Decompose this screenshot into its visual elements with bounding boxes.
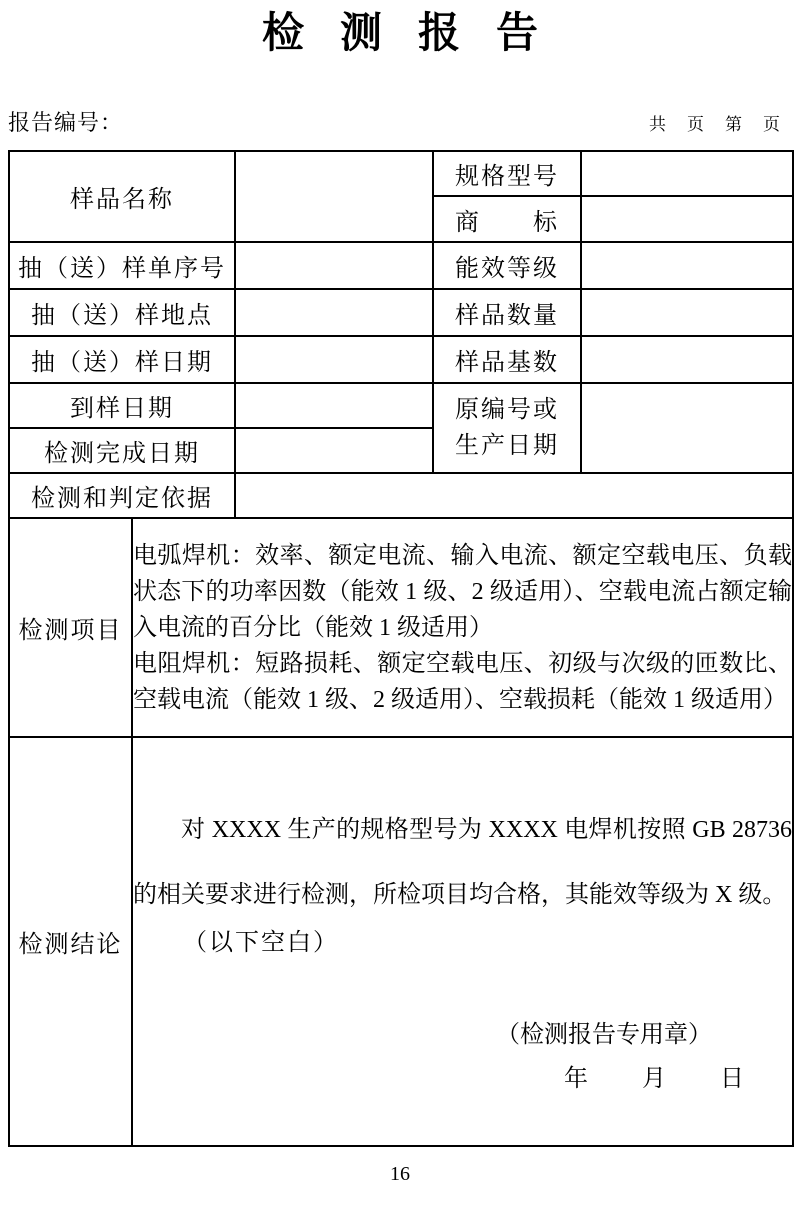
page-title: 检测报告	[8, 8, 792, 60]
arrival-date-label: 到样日期	[9, 383, 235, 428]
test-complete-date-value-cell	[235, 428, 433, 473]
table-row: 样品名称 规格型号	[9, 151, 793, 196]
original-no-label: 原编号或 生产日期	[433, 383, 581, 473]
sample-base-value-cell	[581, 336, 793, 383]
spec-model-label: 规格型号	[433, 151, 581, 196]
test-items-resistance-welder-text: 电阻焊机：短路损耗、额定空载电压、初级与次级的匝数比、空载电流（能效 1 级、2…	[133, 646, 792, 718]
report-page: 检测报告 报告编号： 共 页 第 页 样品名称 规格型号 商 标 抽（送）样单序…	[0, 0, 800, 1207]
meta-row: 报告编号： 共 页 第 页	[8, 106, 792, 137]
sampling-date-value-cell	[235, 336, 433, 383]
energy-grade-value-cell	[581, 242, 793, 289]
trademark-value-cell	[581, 196, 793, 242]
test-basis-value-cell	[235, 473, 793, 518]
sample-name-value-cell	[235, 151, 433, 242]
report-number-label: 报告编号：	[8, 106, 123, 137]
conclusion-paragraph: 对 XXXX 生产的规格型号为 XXXX 电焊机按照 GB 28736 的相关要…	[133, 798, 792, 928]
page-number: 16	[8, 1163, 792, 1186]
blank-below-note: （以下空白）	[133, 928, 792, 958]
sampling-date-label: 抽（送）样日期	[9, 336, 235, 383]
sampling-place-value-cell	[235, 289, 433, 336]
sampling-serial-label: 抽（送）样单序号	[9, 242, 235, 289]
conclusion-content-cell: 对 XXXX 生产的规格型号为 XXXX 电焊机按照 GB 28736 的相关要…	[132, 737, 793, 1146]
table-row: 到样日期 原编号或 生产日期	[9, 383, 793, 428]
test-basis-label: 检测和判定依据	[9, 473, 235, 518]
table-row: 抽（送）样日期 样品基数	[9, 336, 793, 383]
sampling-place-label: 抽（送）样地点	[9, 289, 235, 336]
table-row: 检测结论 对 XXXX 生产的规格型号为 XXXX 电焊机按照 GB 28736…	[9, 737, 793, 1146]
table-row: 抽（送）样单序号 能效等级	[9, 242, 793, 289]
sample-qty-label: 样品数量	[433, 289, 581, 336]
table-row: 检测项目 电弧焊机：效率、额定电流、输入电流、额定空载电压、负载状态下的功率因数…	[9, 518, 793, 737]
energy-grade-label: 能效等级	[433, 242, 581, 289]
sample-qty-value-cell	[581, 289, 793, 336]
test-items-label: 检测项目	[9, 518, 132, 737]
trademark-label: 商 标	[433, 196, 581, 242]
sample-name-label: 样品名称	[9, 151, 235, 242]
report-form-table: 样品名称 规格型号 商 标 抽（送）样单序号 能效等级 抽（送）样地点 样品数量…	[8, 150, 794, 1147]
spec-model-value-cell	[581, 151, 793, 196]
pagination-text: 共 页 第 页	[649, 110, 782, 135]
test-items-arc-welder-text: 电弧焊机：效率、额定电流、输入电流、额定空载电压、负载状态下的功率因数（能效 1…	[133, 538, 792, 646]
arrival-date-value-cell	[235, 383, 433, 428]
table-row: 检测和判定依据	[9, 473, 793, 518]
table-row: 抽（送）样地点 样品数量	[9, 289, 793, 336]
sampling-serial-value-cell	[235, 242, 433, 289]
conclusion-label: 检测结论	[9, 737, 132, 1146]
original-no-value-cell	[581, 383, 793, 473]
date-line: 年 月 日	[133, 1064, 792, 1094]
test-items-content-cell: 电弧焊机：效率、额定电流、输入电流、额定空载电压、负载状态下的功率因数（能效 1…	[132, 518, 793, 737]
report-seal-note: （检测报告专用章）	[133, 1020, 792, 1050]
test-complete-date-label: 检测完成日期	[9, 428, 235, 473]
sample-base-label: 样品基数	[433, 336, 581, 383]
